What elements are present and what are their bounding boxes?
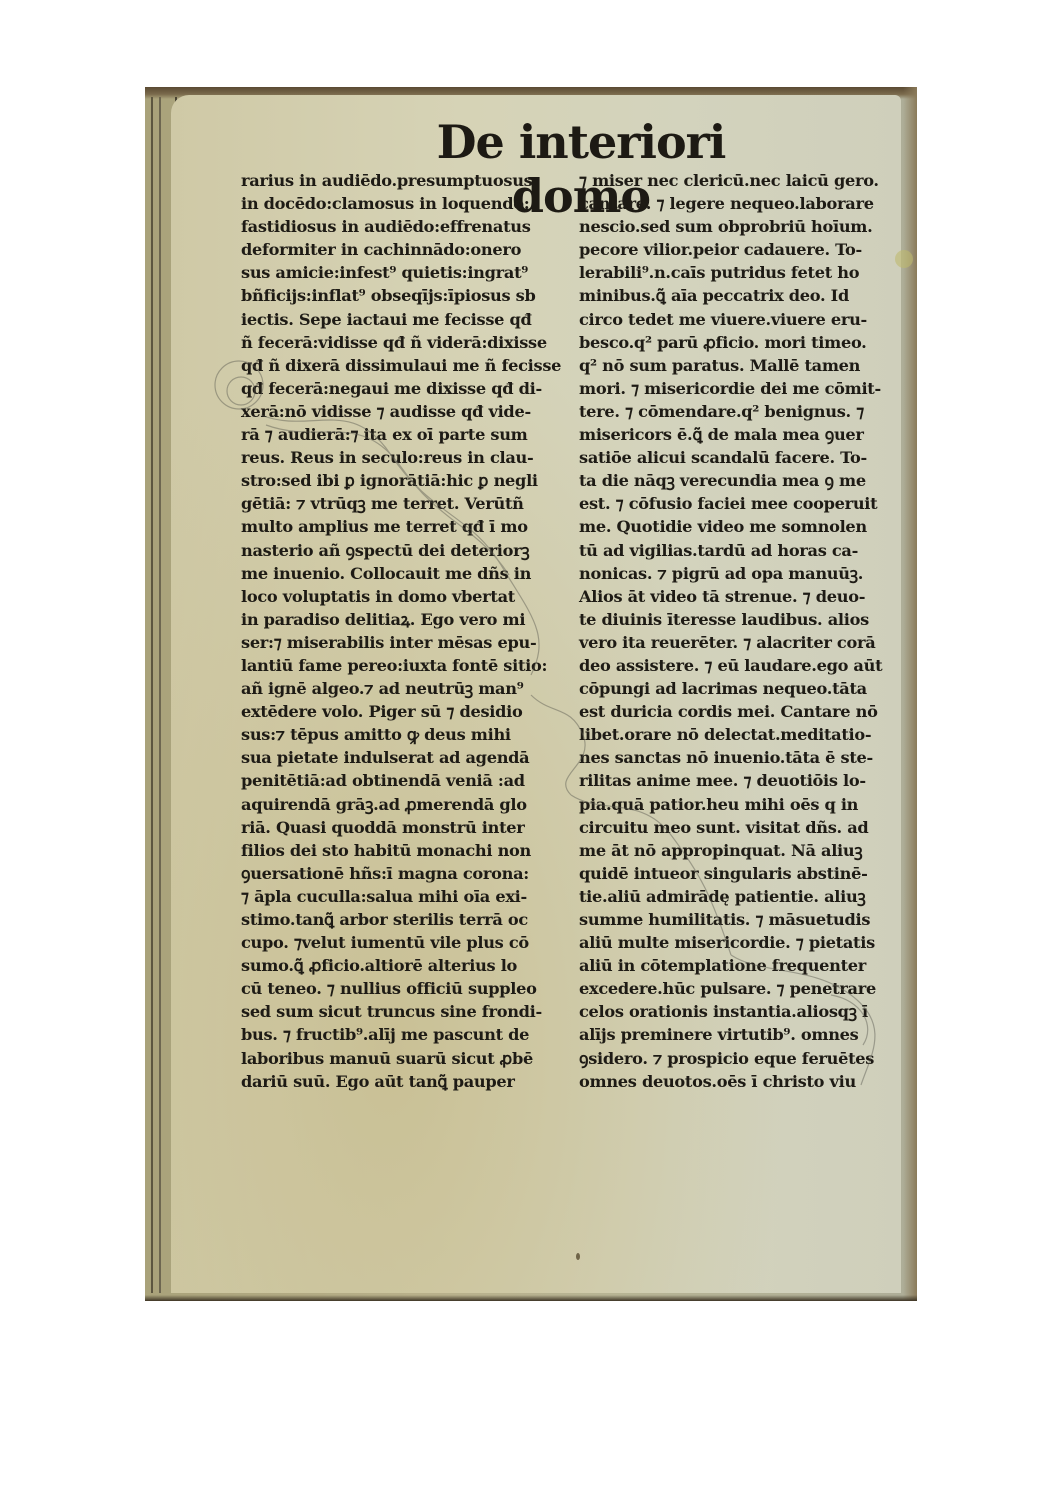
text-line: minibus.ꝗ̃ aīa peccatrix deo. Id [579,284,909,307]
text-line: laboribus manuū suarū sicut ꝓbē [241,1047,566,1070]
text-line: ⁊ miser nec clericū.nec laicū gero. [579,169,909,192]
text-line: circo tedet me viuere.viuere eru- [579,308,909,331]
text-line: extēdere volo. Piger sū ⁊ desidio [241,700,566,723]
text-line: sus:⁊ tēpus amitto ꝙ deus mihi [241,723,566,746]
text-line: vero ita reuerēter. ⁊ alacriter corā [579,631,909,654]
text-line: me. Quotidie video me somnolen [579,515,909,538]
paper-leaf: De interiori domo rarius in audiēdo.pres… [171,95,901,1293]
text-line: ⁊ āpla cuculla:salua mihi oīa exi- [241,885,566,908]
text-line: cū teneo. ⁊ nullius officiū suppleo [241,977,566,1000]
text-line: omnes deuotos.oēs ī christo viu [579,1070,909,1093]
text-line: deo assistere. ⁊ eū laudare.ego aūt [579,654,909,677]
text-line: aliū in cōtemplatione frequenter [579,954,909,977]
text-line: qđ ñ dixerā dissimulaui me ñ fecisse [241,354,566,377]
text-line: stro:sed ibi ꝑ ignorātiā:hic ꝑ negli [241,469,566,492]
text-line: dariū suū. Ego aūt tanꝗ̃ pauper [241,1070,566,1093]
text-line: q² nō sum paratus. Mallē tamen [579,354,909,377]
text-line: tū ad vigilias.tardū ad horas ca- [579,539,909,562]
text-line: añ ignē algeo.⁊ ad neutrūꝫ man⁹ [241,677,566,700]
text-line: pecore vilior.peior cadauere. To- [579,238,909,261]
text-line: summe humilitatis. ⁊ māsuetudis [579,908,909,931]
text-line: nonicas. ⁊ pigrū ad opa manuūꝫ. [579,562,909,585]
ink-speck [576,1253,580,1260]
text-line: cantare. ⁊ legere nequeo.laborare [579,192,909,215]
text-line: aquirendā grāꝫ.ad ꝓmerendā glo [241,793,566,816]
binding-bottom-edge [145,1295,917,1301]
text-line: lantiū fame pereo:iuxta fontē sitio: [241,654,566,677]
text-line: stimo.tanꝗ̃ arbor sterilis terrā oc [241,908,566,931]
text-line: rā ⁊ audierā:⁊ ita ex oī parte sum [241,423,566,446]
text-line: satiōe alicui scandalū facere. To- [579,446,909,469]
text-line: pia.quā patior.heu mihi oēs q in [579,793,909,816]
text-line: ñ fecerā:vidisse qđ ñ viderā:dixisse [241,331,566,354]
text-line: bñficijs:inflat⁹ obseqījs:īpiosus sb [241,284,566,307]
text-line: ser:⁊ miserabilis inter mēsas epu- [241,631,566,654]
text-line: filios dei sto habitū monachi non [241,839,566,862]
text-line: excedere.hūc pulsare. ⁊ penetrare [579,977,909,1000]
text-line: sus amicie:infest⁹ quietis:ingrat⁹ [241,261,566,284]
text-line: est. ⁊ cōfusio faciei mee cooperuit [579,492,909,515]
text-line: nescio.sed sum obprobriū hoīum. [579,215,909,238]
text-line: gētiā: ⁊ vtrūqꝫ me terret. Verūtñ [241,492,566,515]
text-line: rarius in audiēdo.presumptuosus [241,169,566,192]
text-line: nasterio añ ꝯspectū dei deteriorꝫ [241,539,566,562]
text-line: cōpungi ad lacrimas nequeo.tāta [579,677,909,700]
text-line: sua pietate indulserat ad agendā [241,746,566,769]
text-line: me inuenio. Collocauit me dñs in [241,562,566,585]
text-line: in docēdo:clamosus in loquendo: [241,192,566,215]
text-line: qđ fecerā:negaui me dixisse qđ di- [241,377,566,400]
text-line: ta die nāqꝫ verecundia mea ꝯ me [579,469,909,492]
text-line: cupo. ⁊velut iumentū vile plus cō [241,931,566,954]
text-line: te diuinis īteresse laudibus. alios [579,608,909,631]
text-line: rilitas anime mee. ⁊ deuotiōis lo- [579,769,909,792]
text-line: libet.orare nō delectat.meditatio- [579,723,909,746]
text-line: multo amplius me terret qđ ī mo [241,515,566,538]
text-line: sumo.ꝗ̃ ꝓficio.altiorē alterius lo [241,954,566,977]
text-line: in paradiso delitiaꝝ. Ego vero mi [241,608,566,631]
text-line: fastidiosus in audiēdo:effrenatus [241,215,566,238]
text-line: penitētiā:ad obtinendā veniā :ad [241,769,566,792]
text-line: xerā:nō vidisse ⁊ audisse qđ vide- [241,400,566,423]
text-line: lerabili⁹.n.caīs putridus fetet ho [579,261,909,284]
text-line: est duricia cordis mei. Cantare nō [579,700,909,723]
text-line: mori. ⁊ misericordie dei me cōmit- [579,377,909,400]
text-column-right: ⁊ miser nec clericū.nec laicū gero.canta… [579,169,909,1093]
text-line: bus. ⁊ fructib⁹.alīj me pascunt de [241,1023,566,1046]
text-line: tere. ⁊ cōmendare.q² benignus. ⁊ [579,400,909,423]
text-line: celos orationis instantia.aliosqꝫ ī [579,1000,909,1023]
text-line: misericors ē.ꝗ̃ de mala mea ꝯuer [579,423,909,446]
text-column-left: rarius in audiēdo.presumptuosusin docēdo… [241,169,566,1093]
text-line: besco.q² parū ꝓficio. mori timeo. [579,331,909,354]
text-line: me āt nō appropinquat. Nā aliuꝫ [579,839,909,862]
text-line: iectis. Sepe iactaui me fecisse qđ [241,308,566,331]
text-line: deformiter in cachinnādo:onero [241,238,566,261]
text-line: reus. Reus in seculo:reus in clau- [241,446,566,469]
text-line: aliū multe misericordie. ⁊ pietatis [579,931,909,954]
text-line: nes sanctas nō inuenio.tāta ē ste- [579,746,909,769]
text-line: tie.aliū admirādę patientie. aliuꝫ [579,885,909,908]
text-line: quidē intueor singularis abstinē- [579,862,909,885]
text-line: Alios āt video tā strenue. ⁊ deuo- [579,585,909,608]
text-line: sed sum sicut truncus sine frondi- [241,1000,566,1023]
text-line: circuitu meo sunt. visitat dñs. ad [579,816,909,839]
text-line: alījs preminere virtutib⁹. omnes [579,1023,909,1046]
text-line: ꝯuersationē hñs:ī magna corona: [241,862,566,885]
scanned-page: De interiori domo rarius in audiēdo.pres… [145,87,917,1301]
text-line: ꝯsidero. ⁊ prospicio eque feruētes [579,1047,909,1070]
text-line: riā. Quasi quoddā monstrū inter [241,816,566,839]
text-line: loco voluptatis in domo vbertat [241,585,566,608]
